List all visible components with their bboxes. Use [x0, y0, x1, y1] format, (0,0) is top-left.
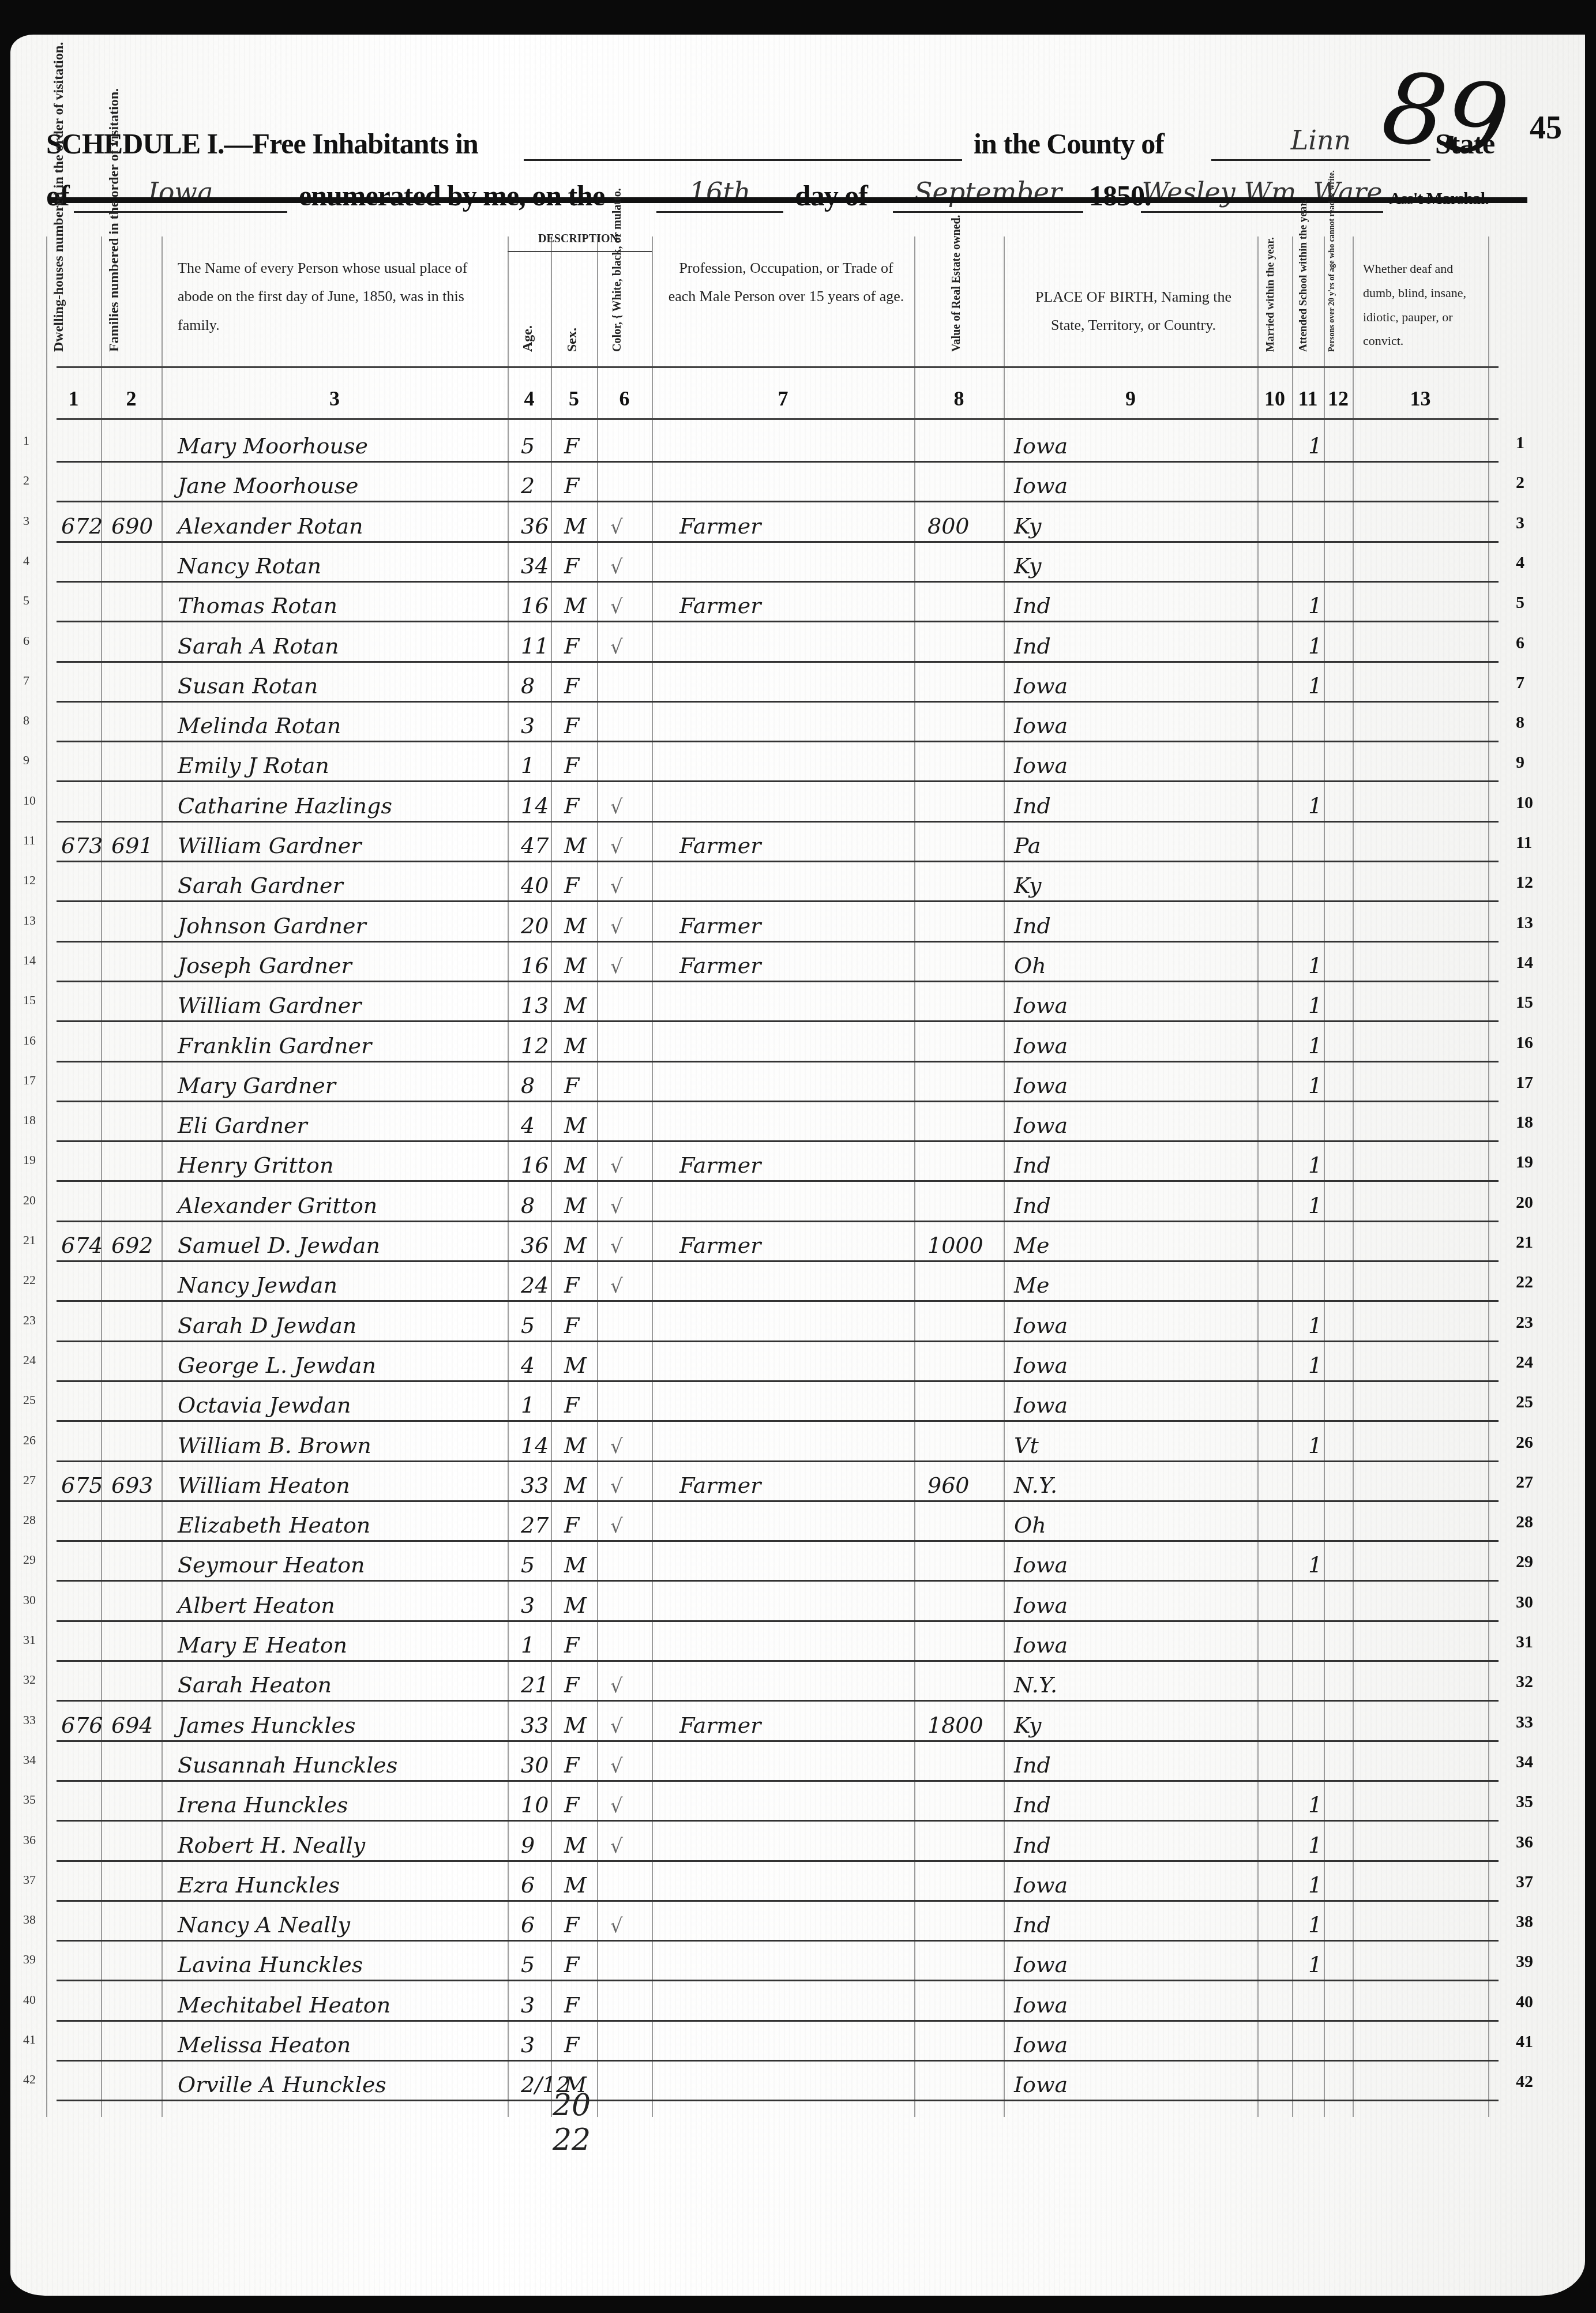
table-row: 15William Gardner13MIowa115 [57, 981, 1499, 1022]
person-name: Lavina Hunckles [178, 1952, 363, 1977]
family-number: 691 [111, 833, 153, 858]
col11-header: Attended School within the year. [1298, 242, 1309, 352]
attended-school: 1 [1308, 1833, 1322, 1858]
age: 16 [521, 953, 549, 978]
line-number-right: 13 [1516, 913, 1533, 933]
attended-school: 1 [1308, 633, 1322, 659]
attended-school: 1 [1308, 1073, 1322, 1098]
table-row: 11673691William Gardner47M√FarmerPa11 [57, 821, 1499, 862]
line-number-left: 22 [23, 1272, 36, 1287]
birthplace: Ind [1014, 1752, 1051, 1778]
age: 8 [521, 1193, 535, 1218]
sex: F [564, 1952, 579, 1977]
line-number-right: 27 [1516, 1473, 1533, 1492]
state-field: Iowa [74, 179, 287, 213]
age: 2 [521, 473, 535, 498]
birthplace: Ind [1014, 1792, 1051, 1818]
line-number-right: 3 [1516, 513, 1524, 533]
person-name: Catharine Hazlings [178, 793, 392, 818]
line-number-left: 11 [23, 833, 35, 848]
age: 8 [521, 673, 535, 699]
table-row: 29Seymour Heaton5MIowa129 [57, 1540, 1499, 1582]
age: 13 [521, 993, 549, 1018]
birthplace: N.Y. [1014, 1672, 1057, 1698]
birthplace: Ind [1014, 793, 1051, 818]
table-row: 26William B. Brown14M√Vt126 [57, 1421, 1499, 1462]
birthplace: Ind [1014, 1912, 1051, 1937]
sex: F [564, 473, 579, 498]
table-row: 39Lavina Hunckles5FIowa139 [57, 1940, 1499, 1981]
line-number-left: 16 [23, 1033, 36, 1048]
person-name: Albert Heaton [178, 1593, 335, 1618]
sex: M [564, 1833, 587, 1858]
header-rule-1 [57, 366, 1499, 368]
birthplace: Me [1014, 1233, 1049, 1258]
sex: F [564, 1073, 579, 1098]
real-estate-value: 960 [927, 1473, 970, 1498]
tally-females: 22 [553, 2123, 591, 2157]
age: 4 [521, 1113, 535, 1138]
sex: F [564, 1632, 579, 1658]
line-number-right: 7 [1516, 673, 1524, 693]
line-number-left: 1 [23, 433, 29, 448]
line-number-left: 29 [23, 1552, 36, 1567]
line-number-left: 39 [23, 1952, 36, 1967]
col-number-5: 5 [551, 386, 597, 411]
attended-school: 1 [1308, 433, 1322, 459]
sex: M [564, 1552, 587, 1578]
family-number: 694 [111, 1713, 153, 1738]
person-name: Henry Gritton [178, 1152, 333, 1178]
color-mark: √ [610, 1715, 623, 1738]
line-number-left: 20 [23, 1193, 36, 1208]
sex: F [564, 673, 579, 699]
line-number-left: 35 [23, 1792, 36, 1807]
age: 5 [521, 1552, 535, 1578]
description-rule [508, 251, 652, 252]
table-row: 37Ezra Hunckles6MIowa137 [57, 1860, 1499, 1902]
person-name: Franklin Gardner [178, 1033, 371, 1058]
table-row: 6Sarah A Rotan11F√Ind16 [57, 621, 1499, 663]
day-of-label: day of [795, 179, 868, 212]
real-estate-value: 1800 [927, 1713, 983, 1738]
person-name: Johnson Gardner [178, 913, 366, 938]
attended-school: 1 [1308, 1152, 1322, 1178]
family-number: 692 [111, 1233, 153, 1258]
col3-header: The Name of every Person whose usual pla… [178, 254, 501, 339]
attended-school: 1 [1308, 1792, 1322, 1818]
color-mark: √ [610, 1435, 623, 1458]
attended-school: 1 [1308, 1872, 1322, 1898]
birthplace: Iowa [1014, 673, 1068, 699]
person-name: William Gardner [178, 993, 361, 1018]
table-row: 35Irena Hunckles10F√Ind135 [57, 1780, 1499, 1822]
line-number-left: 23 [23, 1313, 36, 1328]
age: 14 [521, 793, 549, 818]
line-number-left: 3 [23, 513, 29, 528]
line-number-right: 40 [1516, 1992, 1533, 2012]
col8-header: Value of Real Estate owned. [951, 242, 963, 352]
person-name: Sarah Heaton [178, 1672, 332, 1698]
table-row: 28Elizabeth Heaton27F√Oh28 [57, 1500, 1499, 1542]
occupation: Farmer [679, 953, 761, 978]
line-number-right: 30 [1516, 1593, 1533, 1612]
person-name: William B. Brown [178, 1433, 371, 1458]
table-row: 1Mary Moorhouse5FIowa11 [57, 421, 1499, 463]
line-number-left: 2 [23, 473, 29, 488]
sex: M [564, 1113, 587, 1138]
table-row: 2Jane Moorhouse2FIowa2 [57, 461, 1499, 502]
line-number-right: 21 [1516, 1233, 1533, 1252]
attended-school: 1 [1308, 673, 1322, 699]
col-line [46, 236, 47, 2117]
sex: F [564, 873, 579, 898]
line-number-left: 27 [23, 1473, 36, 1488]
line-number-left: 41 [23, 2032, 36, 2047]
line-number-right: 39 [1516, 1952, 1533, 1972]
age: 1 [521, 1392, 535, 1418]
line-number-right: 34 [1516, 1752, 1533, 1772]
line-number-left: 40 [23, 1992, 36, 2007]
line-number-right: 11 [1516, 833, 1532, 853]
col-number-6: 6 [597, 386, 652, 411]
sex: M [564, 593, 587, 618]
person-name: Mary Moorhouse [178, 433, 368, 459]
sex: F [564, 1672, 579, 1698]
table-row: 31Mary E Heaton1FIowa31 [57, 1620, 1499, 1662]
attended-school: 1 [1308, 1313, 1322, 1338]
sex: F [564, 1912, 579, 1937]
age: 12 [521, 1033, 549, 1058]
age: 1 [521, 1632, 535, 1658]
table-row: 33676694James Hunckles33M√Farmer1800Ky33 [57, 1700, 1499, 1742]
sex: M [564, 1713, 587, 1738]
attended-school: 1 [1308, 1353, 1322, 1378]
col-number-3: 3 [162, 386, 508, 411]
col9-header: PLACE OF BIRTH, Naming the State, Territ… [1021, 283, 1246, 340]
dwelling-number: 675 [61, 1473, 103, 1498]
line-number-right: 12 [1516, 873, 1533, 892]
birthplace: Iowa [1014, 2072, 1068, 2097]
birthplace: Iowa [1014, 473, 1068, 498]
line-number-right: 31 [1516, 1632, 1533, 1652]
person-name: Joseph Gardner [178, 953, 352, 978]
birthplace: Oh [1014, 953, 1046, 978]
line-number-right: 22 [1516, 1272, 1533, 1292]
line-number-right: 41 [1516, 2032, 1533, 2052]
division-field [524, 133, 962, 161]
line-number-left: 9 [23, 753, 29, 768]
age: 11 [521, 633, 549, 659]
sex: F [564, 1272, 579, 1298]
line-number-right: 15 [1516, 993, 1533, 1012]
birthplace: Iowa [1014, 433, 1068, 459]
birthplace: Iowa [1014, 993, 1068, 1018]
table-row: 24George L. Jewdan4MIowa124 [57, 1341, 1499, 1382]
real-estate-value: 800 [927, 513, 970, 539]
line-number-left: 4 [23, 553, 29, 568]
birthplace: Iowa [1014, 1353, 1068, 1378]
color-mark: √ [610, 875, 623, 898]
person-name: Robert H. Neally [178, 1833, 365, 1858]
line-number-right: 17 [1516, 1073, 1533, 1092]
line-number-right: 4 [1516, 553, 1524, 573]
line-number-right: 26 [1516, 1433, 1533, 1452]
birthplace: Ind [1014, 593, 1051, 618]
color-mark: √ [610, 1914, 623, 1937]
line-number-left: 15 [23, 993, 36, 1008]
birthplace: Iowa [1014, 1552, 1068, 1578]
attended-school: 1 [1308, 1033, 1322, 1058]
table-row: 34Susannah Hunckles30F√Ind34 [57, 1740, 1499, 1782]
header-rule-2 [57, 418, 1499, 420]
age: 33 [521, 1713, 549, 1738]
col-number-13: 13 [1353, 386, 1488, 411]
age: 21 [521, 1672, 549, 1698]
person-name: George L. Jewdan [178, 1353, 376, 1378]
occupation: Farmer [679, 1152, 761, 1178]
person-name: Samuel D. Jewdan [178, 1233, 380, 1258]
sex: F [564, 433, 579, 459]
line-number-left: 31 [23, 1632, 36, 1647]
description-group-label: DESCRIPTION. [508, 228, 652, 250]
sex: F [564, 1512, 579, 1538]
person-name: Susan Rotan [178, 673, 318, 699]
line-number-left: 17 [23, 1073, 36, 1088]
attended-school: 1 [1308, 593, 1322, 618]
age: 27 [521, 1512, 549, 1538]
attended-school: 1 [1308, 1552, 1322, 1578]
col13-header: Whether deaf and dumb, blind, insane, id… [1363, 257, 1484, 353]
person-name: Mary Gardner [178, 1073, 336, 1098]
sex: M [564, 913, 587, 938]
birthplace: Ind [1014, 913, 1051, 938]
line-number-right: 9 [1516, 753, 1524, 772]
line-number-right: 18 [1516, 1113, 1533, 1132]
sex: M [564, 1473, 587, 1498]
color-mark: √ [610, 555, 623, 579]
person-name: Nancy Rotan [178, 553, 321, 579]
line-number-left: 37 [23, 1872, 36, 1887]
line-number-left: 36 [23, 1833, 36, 1848]
birthplace: Iowa [1014, 1992, 1068, 2018]
line-number-right: 36 [1516, 1833, 1533, 1852]
age: 1 [521, 753, 535, 778]
age: 16 [521, 593, 549, 618]
attended-school: 1 [1308, 1912, 1322, 1937]
age: 16 [521, 1152, 549, 1178]
person-name: Emily J Rotan [178, 753, 329, 778]
col-number-8: 8 [914, 386, 1004, 411]
county-label: in the County of [974, 127, 1164, 160]
line-number-left: 21 [23, 1233, 36, 1248]
col2-header: Families numbered in the order of visita… [107, 225, 122, 352]
line-number-right: 10 [1516, 793, 1533, 813]
age: 24 [521, 1272, 549, 1298]
occupation: Farmer [679, 833, 761, 858]
age: 10 [521, 1792, 549, 1818]
color-mark: √ [610, 1794, 623, 1818]
sex: M [564, 1433, 587, 1458]
birthplace: Iowa [1014, 1033, 1068, 1058]
county-field: Linn [1211, 127, 1430, 161]
table-row: 13Johnson Gardner20M√FarmerInd13 [57, 901, 1499, 943]
person-name: Mary E Heaton [178, 1632, 347, 1658]
line-number-right: 38 [1516, 1912, 1533, 1932]
sex: M [564, 833, 587, 858]
col10-header: Married within the year. [1265, 242, 1276, 352]
line-number-right: 8 [1516, 713, 1524, 733]
sex: F [564, 753, 579, 778]
line-number-right: 23 [1516, 1313, 1533, 1332]
table-row: 40Mechitabel Heaton3FIowa40 [57, 1980, 1499, 2022]
line-number-right: 19 [1516, 1152, 1533, 1172]
line-number-left: 24 [23, 1353, 36, 1368]
birthplace: Ky [1014, 553, 1041, 579]
person-name: Nancy A Neally [178, 1912, 350, 1937]
line-number-left: 28 [23, 1512, 36, 1527]
birthplace: Ind [1014, 1193, 1051, 1218]
table-row: 22Nancy Jewdan24F√Me22 [57, 1260, 1499, 1302]
sex: F [564, 793, 579, 818]
person-name: Alexander Rotan [178, 513, 363, 539]
line-number-left: 6 [23, 633, 29, 648]
line-number-left: 34 [23, 1752, 36, 1767]
age: 9 [521, 1833, 535, 1858]
table-row: 16Franklin Gardner12MIowa116 [57, 1021, 1499, 1062]
birthplace: Iowa [1014, 753, 1068, 778]
line-number-left: 7 [23, 673, 29, 688]
table-row: 5Thomas Rotan16M√FarmerInd15 [57, 581, 1499, 622]
sex: M [564, 1353, 587, 1378]
census-page: 89 45 SCHEDULE I.—Free Inhabitants in in… [10, 35, 1585, 2296]
age: 36 [521, 1233, 549, 1258]
line-number-right: 28 [1516, 1512, 1533, 1532]
line-number-right: 29 [1516, 1552, 1533, 1572]
line-number-right: 32 [1516, 1672, 1533, 1692]
marshal-signature: Wesley Wm. Ware [1141, 179, 1383, 213]
birthplace: Iowa [1014, 1073, 1068, 1098]
birthplace: Me [1014, 1272, 1049, 1298]
sex: M [564, 1033, 587, 1058]
table-row: 25Octavia Jewdan1FIowa25 [57, 1380, 1499, 1422]
person-name: William Heaton [178, 1473, 350, 1498]
occupation: Farmer [679, 913, 761, 938]
color-mark: √ [610, 1155, 623, 1178]
table-row: 10Catharine Hazlings14F√Ind110 [57, 781, 1499, 823]
occupation: Farmer [679, 1233, 761, 1258]
sex: F [564, 1752, 579, 1778]
person-name: William Gardner [178, 833, 361, 858]
sex: F [564, 713, 579, 738]
line-number-left: 13 [23, 913, 36, 928]
line-number-left: 42 [23, 2072, 36, 2087]
line-number-right: 37 [1516, 1872, 1533, 1892]
line-number-left: 38 [23, 1912, 36, 1927]
age: 30 [521, 1752, 549, 1778]
table-row: 12Sarah Gardner40F√Ky12 [57, 861, 1499, 902]
birthplace: Iowa [1014, 1952, 1068, 1977]
sex: M [564, 953, 587, 978]
line-number-right: 14 [1516, 953, 1533, 972]
line-number-right: 24 [1516, 1353, 1533, 1372]
age: 3 [521, 1992, 535, 2018]
table-row: 19Henry Gritton16M√FarmerInd119 [57, 1140, 1499, 1182]
person-name: Sarah A Rotan [178, 633, 339, 659]
color-mark: √ [610, 915, 623, 938]
person-name: James Hunckles [178, 1713, 356, 1738]
person-name: Octavia Jewdan [178, 1392, 351, 1418]
birthplace: Vt [1014, 1433, 1039, 1458]
attended-school: 1 [1308, 1952, 1322, 1977]
line-number-right: 42 [1516, 2072, 1533, 2092]
table-row: 27675693William Heaton33M√Farmer960N.Y.2… [57, 1460, 1499, 1502]
table-row: 32Sarah Heaton21F√N.Y.32 [57, 1660, 1499, 1702]
person-name: Nancy Jewdan [178, 1272, 337, 1298]
col-number-7: 7 [652, 386, 914, 411]
line-number-right: 1 [1516, 433, 1524, 453]
birthplace: Ky [1014, 513, 1041, 539]
person-name: Jane Moorhouse [178, 473, 359, 498]
real-estate-value: 1000 [927, 1233, 983, 1258]
dwelling-number: 676 [61, 1713, 103, 1738]
table-row: 42Orville A Hunckles2/12MIowa42 [57, 2060, 1499, 2101]
age: 8 [521, 1073, 535, 1098]
sex: F [564, 1313, 579, 1338]
tally-males: 20 [553, 2088, 591, 2123]
birthplace: Iowa [1014, 1313, 1068, 1338]
person-name: Melissa Heaton [178, 2032, 351, 2057]
birthplace: Iowa [1014, 1632, 1068, 1658]
color-mark: √ [610, 1275, 623, 1298]
birthplace: Iowa [1014, 1593, 1068, 1618]
sex: F [564, 1792, 579, 1818]
table-row: 36Robert H. Neally9M√Ind136 [57, 1820, 1499, 1862]
birthplace: Iowa [1014, 1113, 1068, 1138]
line-number-left: 12 [23, 873, 36, 888]
line-number-right: 25 [1516, 1392, 1533, 1412]
family-number: 693 [111, 1473, 153, 1498]
col5-header: Sex. [565, 306, 580, 352]
line-number-left: 32 [23, 1672, 36, 1687]
line-number-left: 5 [23, 593, 29, 608]
age: 3 [521, 1593, 535, 1618]
color-mark: √ [610, 835, 623, 858]
person-name: Susannah Hunckles [178, 1752, 397, 1778]
occupation: Farmer [679, 1713, 761, 1738]
enumerated-label: enumerated by me, on the [299, 179, 604, 212]
table-row: 8Melinda Rotan3FIowa8 [57, 701, 1499, 742]
table-row: 3672690Alexander Rotan36M√Farmer800Ky3 [57, 501, 1499, 543]
sex: F [564, 633, 579, 659]
age: 40 [521, 873, 549, 898]
person-name: Sarah Gardner [178, 873, 343, 898]
birthplace: Ind [1014, 1152, 1051, 1178]
occupation: Farmer [679, 1473, 761, 1498]
color-mark: √ [610, 795, 623, 818]
line-number-right: 35 [1516, 1792, 1533, 1812]
age: 5 [521, 1313, 535, 1338]
col-number-2: 2 [101, 386, 162, 411]
line-number-left: 18 [23, 1113, 36, 1128]
table-row: 23Sarah D Jewdan5FIowa123 [57, 1301, 1499, 1342]
age: 6 [521, 1872, 535, 1898]
attended-school: 1 [1308, 793, 1322, 818]
birthplace: Iowa [1014, 2032, 1068, 2057]
table-row: 21674692Samuel D. Jewdan36M√Farmer1000Me… [57, 1221, 1499, 1262]
color-mark: √ [610, 1674, 623, 1698]
col-number-9: 9 [1004, 386, 1257, 411]
